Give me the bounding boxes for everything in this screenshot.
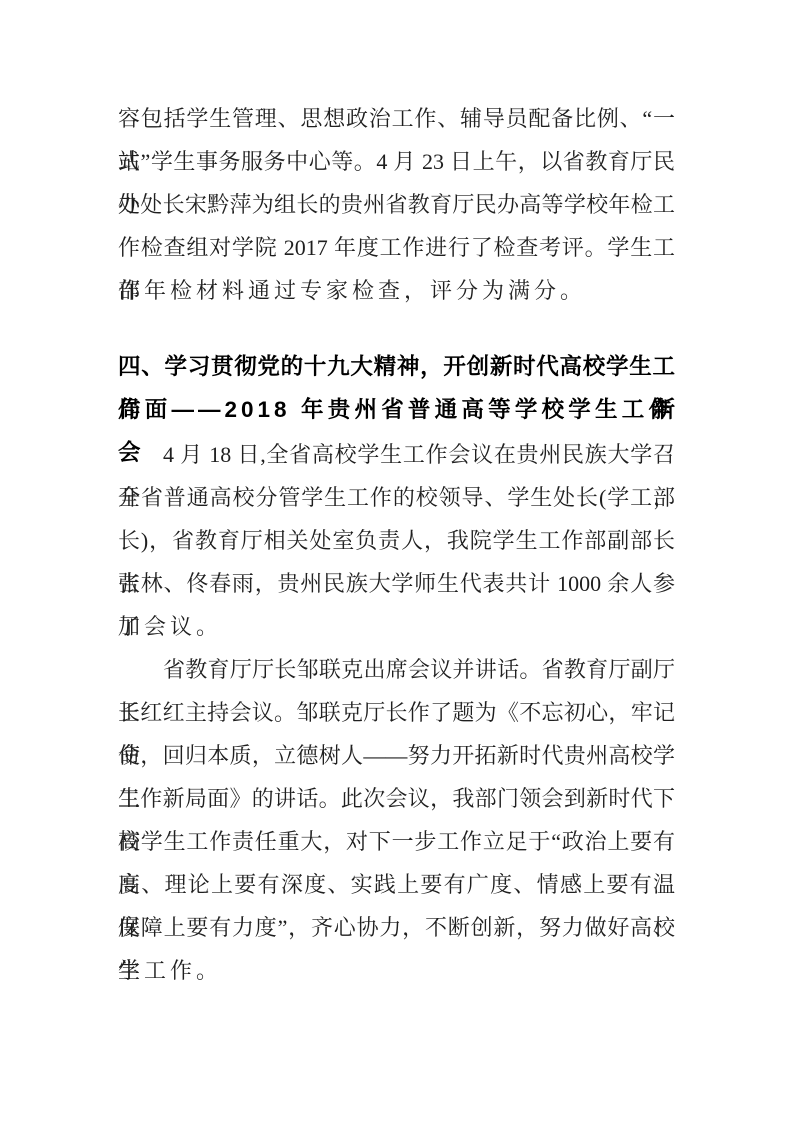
- text-line: 王红红主持会议。邹联克厅长作了题为《不忘初心，牢记使: [118, 691, 675, 734]
- text-line: 省教育厅厅长邹联克出席会议并讲话。省教育厅副厅长: [118, 648, 675, 691]
- paragraph-speech: 省教育厅厅长邹联克出席会议并讲话。省教育厅副厅长 王红红主持会议。邹联克厅长作了…: [118, 648, 675, 992]
- text-line: 度、理论上要有深度、实践上要有广度、情感上要有温度、: [118, 863, 675, 906]
- text-line: 长)，省教育厅相关处室负责人，我院学生工作部副部长张: [118, 519, 675, 562]
- text-line: 保障上要有力度”，齐心协力，不断创新，努力做好高校学: [118, 906, 675, 949]
- text-line: 4 月 18 日,全省高校学生工作会议在贵州民族大学召开，: [118, 433, 675, 476]
- text-line: 了会议。: [118, 605, 675, 648]
- document-page: 容包括学生管理、思想政治工作、辅导员配备比例、“一站 式”学生事务服务中心等。4…: [0, 0, 793, 1122]
- text-line: 校学生工作责任重大，对下一步工作立足于“政治上要有高: [118, 820, 675, 863]
- text-line: 容包括学生管理、思想政治工作、辅导员配备比例、“一站: [118, 97, 675, 140]
- page-content: 容包括学生管理、思想政治工作、辅导员配备比例、“一站 式”学生事务服务中心等。4…: [118, 97, 675, 992]
- text-line: 工作新局面》的讲话。此次会议，我部门领会到新时代下高: [118, 777, 675, 820]
- text-line: 部年检材料通过专家检查，评分为满分。: [118, 269, 675, 312]
- text-line: 吉林、佟春雨，贵州民族大学师生代表共计 1000 余人参加: [118, 562, 675, 605]
- heading-line: 四、学习贯彻党的十九大精神，开创新时代高校学生工作新: [118, 345, 675, 388]
- heading-line: 局面——2018 年贵州省普通高等学校学生工作会: [118, 388, 675, 431]
- paragraph-annual-inspection: 容包括学生管理、思想政治工作、辅导员配备比例、“一站 式”学生事务服务中心等。4…: [118, 97, 675, 312]
- text-line: 命，回归本质，立德树人——努力开拓新时代贵州高校学生: [118, 734, 675, 777]
- text-line: 生工作。: [118, 949, 675, 992]
- text-line: 处处长宋黔萍为组长的贵州省教育厅民办高等学校年检工: [118, 183, 675, 226]
- text-line: 作检查组对学院 2017 年度工作进行了检查考评。学生工作: [118, 226, 675, 269]
- section-heading: 四、学习贯彻党的十九大精神，开创新时代高校学生工作新 局面——2018 年贵州省…: [118, 345, 675, 431]
- text-line: 式”学生事务服务中心等。4 月 23 日上午，以省教育厅民办: [118, 140, 675, 183]
- text-line: 全省普通高校分管学生工作的校领导、学生处长(学工部: [118, 476, 675, 519]
- paragraph-conference: 4 月 18 日,全省高校学生工作会议在贵州民族大学召开， 全省普通高校分管学生…: [118, 433, 675, 648]
